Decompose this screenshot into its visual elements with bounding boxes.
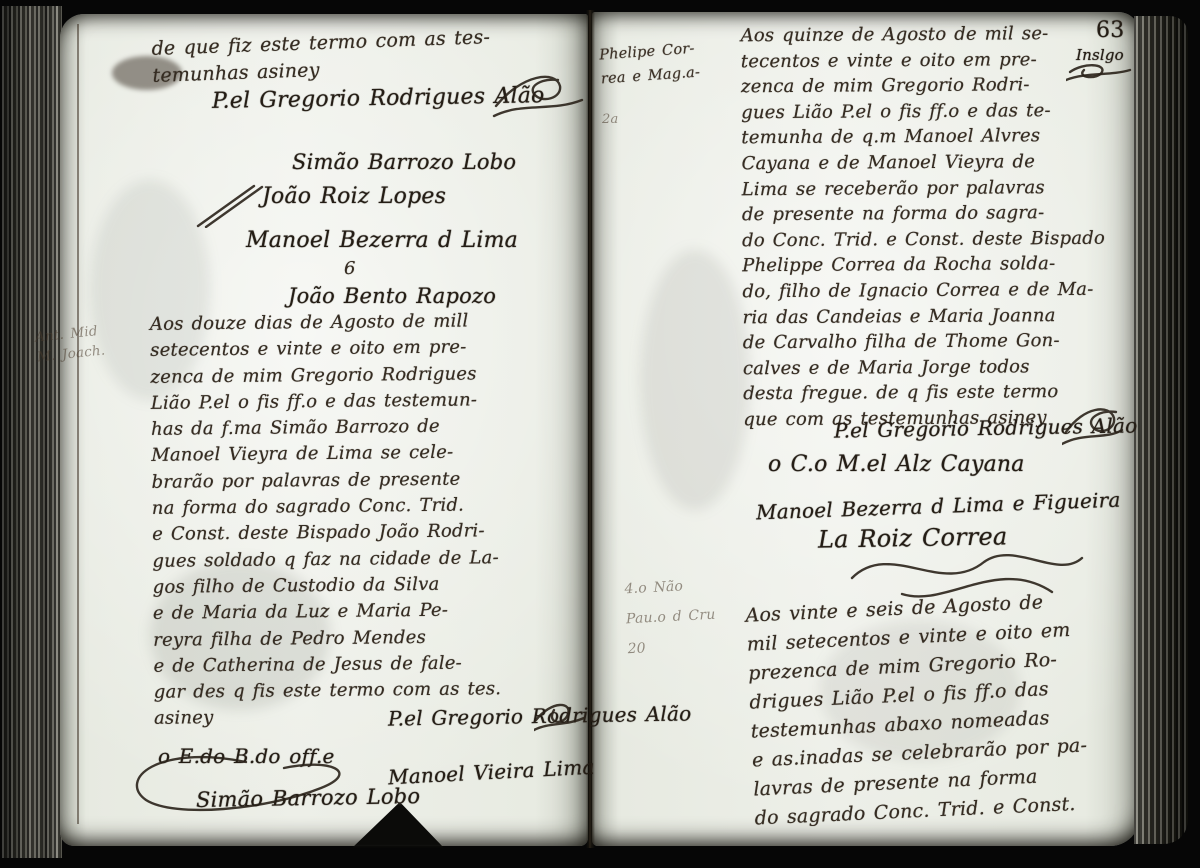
- text-line: Lima se receberão por palavras: [742, 174, 1105, 202]
- text-line: gar des q fis este termo com as tes.: [154, 676, 502, 706]
- text-line: Manoel Vieyra de Lima se cele-: [151, 440, 499, 470]
- right-margin-mark: 2a: [602, 112, 618, 127]
- text-line: temunha de q.m Manoel Alvres: [741, 123, 1104, 151]
- text-line: desta fregue. de q fis este termo: [743, 379, 1106, 407]
- text-line: reyra filha de Pedro Mendes: [153, 624, 501, 654]
- text-line: Aos quinze de Agosto de mil se-: [741, 21, 1104, 49]
- signature-manoel-bezerra-lima: Manoel Bezerra d Lima: [246, 228, 518, 253]
- text-line: ria das Candeias e Maria Joanna: [743, 302, 1106, 330]
- text-line: brarão por palavras de presente: [151, 466, 499, 496]
- book-spine-edge: [0, 6, 62, 858]
- left-record-text: Aos douze dias de Agosto de millsetecent…: [150, 308, 502, 732]
- text-line: 4.o Não: [624, 570, 715, 605]
- manuscript-photo: de que fiz este termo com as tes-temunha…: [0, 0, 1200, 868]
- signature-joao-roiz-lopes: João Roiz Lopes: [262, 184, 446, 209]
- text-line: 20: [627, 630, 718, 665]
- pen-flourish-icon: [1062, 404, 1124, 448]
- signature-simao-barrozo-lobo-bottom: Simão Barrozo Lobo: [196, 784, 421, 812]
- pen-flourish-icon: [534, 698, 586, 734]
- left-page-margin-line: [77, 24, 79, 824]
- page-number: 63: [1096, 18, 1124, 43]
- text-line: e Const. deste Bispado João Rodri-: [152, 519, 500, 549]
- paragraph-mark: 6: [344, 258, 356, 279]
- text-line: zenca de mim Gregorio Rodrigues: [150, 361, 498, 391]
- left-margin-note: Ant. MidM. Joach.: [34, 321, 106, 368]
- right-record-1-text: Aos quinze de Agosto de mil se-tecentos …: [741, 21, 1107, 433]
- text-line: do, filho de Ignacio Correa e de Ma-: [742, 277, 1105, 305]
- text-line: e de Maria da Luz e Maria Pe-: [153, 597, 501, 627]
- book-fore-edge: [1134, 16, 1188, 844]
- text-line: gos filho de Custodio da Silva: [153, 571, 501, 601]
- text-line: na forma do sagrado Conc. Trid.: [152, 492, 500, 522]
- text-line: de Carvalho filha de Thome Gon-: [743, 328, 1106, 356]
- right-margin-note-2: 4.o NãoPau.o d Cru20: [624, 570, 718, 665]
- text-line: Lião P.el o fis ff.o e das testemun-: [151, 387, 499, 417]
- signature-joao-bento-rapozo: João Bento Rapozo: [288, 284, 496, 308]
- text-line: e de Catherina de Jesus de fale-: [153, 650, 501, 680]
- signature-manoel-alz-cayana: o C.o M.el Alz Cayana: [768, 452, 1025, 477]
- text-line: Aos douze dias de Agosto de mill: [150, 308, 498, 338]
- text-line: tecentos e vinte e oito em pre-: [741, 46, 1104, 74]
- text-line: gues Lião P.el o fis ff.o e das te-: [741, 98, 1104, 126]
- text-line: zenca de mim Gregorio Rodri-: [741, 72, 1104, 100]
- text-line: Pau.o d Cru: [625, 600, 716, 635]
- text-line: Phelippe Correa da Rocha solda-: [742, 251, 1105, 279]
- right-record-2-text: Aos vinte e seis de Agosto demil setecen…: [745, 587, 1090, 834]
- signature-simao-barrozo-lobo: Simão Barrozo Lobo: [292, 150, 516, 174]
- text-line: gues soldado q faz na cidade de La-: [152, 545, 500, 575]
- pen-flourish-icon: [492, 70, 584, 122]
- text-line: de presente na forma do sagra-: [742, 200, 1105, 228]
- text-line: setecentos e vinte e oito em pre-: [150, 334, 498, 364]
- pen-slash-icon: [196, 182, 266, 228]
- text-line: do Conc. Trid. e Const. deste Bispado: [742, 225, 1105, 253]
- text-line: Cayana e de Manoel Vieyra de: [741, 149, 1104, 177]
- text-line: has da f.ma Simão Barrozo de: [151, 413, 499, 443]
- text-line: calves e de Maria Jorge todos: [743, 353, 1106, 381]
- right-margin-note-couple: Phelipe Cor-rea e Mag.a-: [598, 37, 700, 92]
- rubric-underline-icon: [1066, 62, 1132, 84]
